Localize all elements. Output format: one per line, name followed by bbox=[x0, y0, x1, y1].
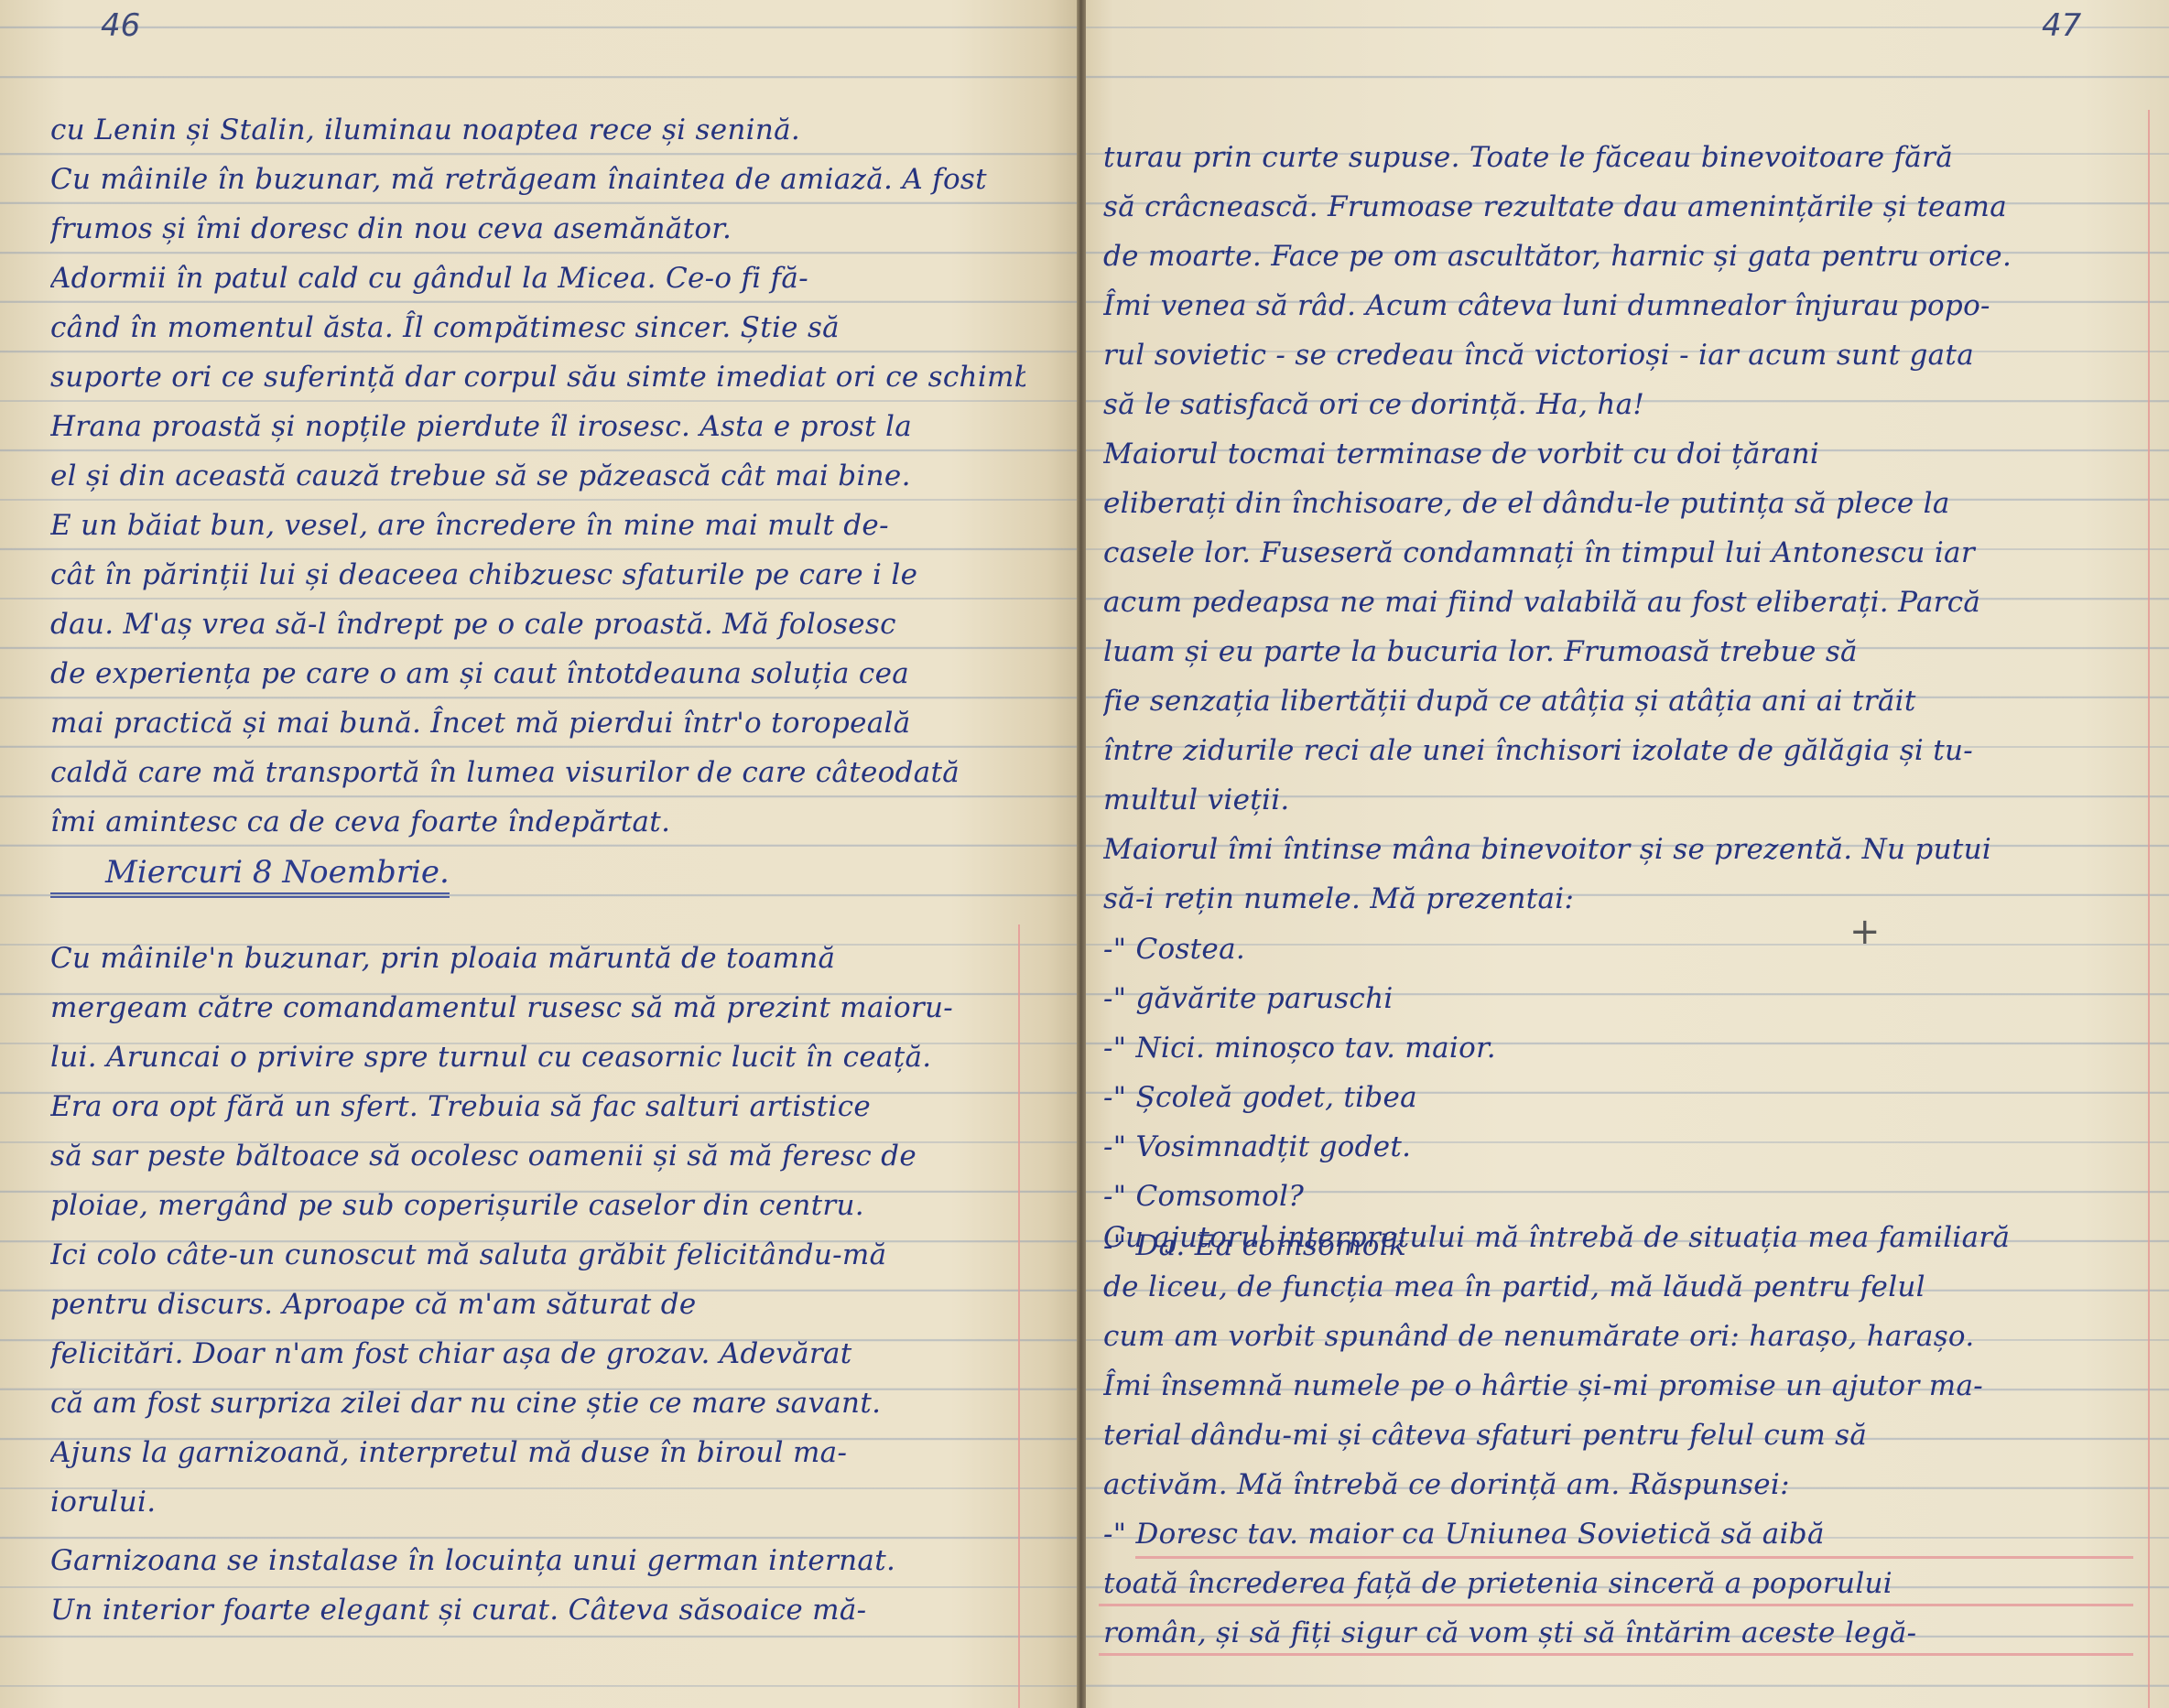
text-line: Maiorul tocmai terminase de vorbit cu do… bbox=[1103, 429, 2142, 479]
text-line: Garnizoana se instalase în locuința unui… bbox=[50, 1536, 1025, 1585]
binding-gutter bbox=[1077, 0, 1086, 1708]
dialogue-line: -" Școleă godet, tibea bbox=[1103, 1073, 2142, 1122]
text-line: frumos și îmi doresc din nou ceva asemăn… bbox=[50, 204, 1025, 254]
text-line: să-i rețin numele. Mă prezentai: bbox=[1103, 874, 2142, 924]
text-line: cât în părinții lui și deaceea chibzuesc… bbox=[50, 550, 1025, 600]
page-number: 47 bbox=[2042, 7, 2081, 44]
text-line: mergeam către comandamentul rusesc să mă… bbox=[50, 983, 1025, 1032]
right-paragraph-1: turau prin curte supuse. Toate le făceau… bbox=[1103, 133, 2142, 924]
text-line: Ici colo câte-un cunoscut mă saluta grăb… bbox=[50, 1230, 1025, 1280]
text-line: Adormii în patul cald cu gândul la Micea… bbox=[50, 254, 1025, 303]
text-line: toată încrederea față de prietenia since… bbox=[1103, 1559, 2142, 1608]
text-line: român, și să fiți sigur că vom ști să în… bbox=[1103, 1608, 2142, 1658]
text-line: Îmi venea să râd. Acum câteva luni dumne… bbox=[1103, 281, 2142, 330]
text-line: cu Lenin și Stalin, iluminau noaptea rec… bbox=[50, 105, 1025, 155]
text-line: -" Doresc tav. maior ca Uniunea Sovietic… bbox=[1103, 1509, 2142, 1559]
text-line: caldă care mă transportă în lumea visuri… bbox=[50, 748, 1025, 797]
text-line: să crâcnească. Frumoase rezultate dau am… bbox=[1103, 182, 2142, 232]
text-line: de moarte. Face pe om ascultător, harnic… bbox=[1103, 232, 2142, 281]
page-number: 46 bbox=[101, 7, 140, 44]
text-line: Hrana proastă și nopțile pierdute îl iro… bbox=[50, 402, 1025, 451]
right-paragraph-2: Cu ajutorul interpretului mă întrebă de … bbox=[1103, 1213, 2142, 1658]
text-line: iorului. bbox=[50, 1477, 1025, 1527]
text-line: Cu mâinile'n buzunar, prin ploaia mărunt… bbox=[50, 934, 1025, 983]
text-line: acum pedeapsa ne mai fiind valabilă au f… bbox=[1103, 578, 2142, 627]
text-line: Cu mâinile în buzunar, mă retrăgeam înai… bbox=[50, 155, 1025, 204]
text-line: felicitări. Doar n'am fost chiar așa de … bbox=[50, 1329, 1025, 1378]
text-line: turau prin curte supuse. Toate le făceau… bbox=[1103, 133, 2142, 182]
text-line: lui. Aruncai o privire spre turnul cu ce… bbox=[50, 1032, 1025, 1082]
text-line: activăm. Mă întrebă ce dorință am. Răspu… bbox=[1103, 1460, 2142, 1509]
left-page: 46 cu Lenin și Stalin, iluminau noaptea … bbox=[0, 0, 1080, 1708]
text-line: luam și eu parte la bucuria lor. Frumoas… bbox=[1103, 627, 2142, 676]
text-line: eliberați din închisoare, de el dându-le… bbox=[1103, 479, 2142, 528]
text-line: dau. M'aș vrea să-l îndrept pe o cale pr… bbox=[50, 600, 1025, 649]
pencil-mark: + bbox=[1849, 911, 1881, 953]
date-heading: Miercuri 8 Noembrie. bbox=[50, 852, 450, 898]
text-line: Îmi însemnă numele pe o hârtie și-mi pro… bbox=[1103, 1361, 2142, 1411]
text-line: când în momentul ăsta. Îl compătimesc si… bbox=[50, 303, 1025, 352]
text-line: casele lor. Fuseseră condamnați în timpu… bbox=[1103, 528, 2142, 578]
notebook-spread: 46 cu Lenin și Stalin, iluminau noaptea … bbox=[0, 0, 2169, 1708]
text-line: să le satisfacă ori ce dorință. Ha, ha! bbox=[1103, 380, 2142, 429]
text-line: cum am vorbit spunând de nenumărate ori:… bbox=[1103, 1312, 2142, 1361]
text-line: terial dându-mi și câteva sfaturi pentru… bbox=[1103, 1411, 2142, 1460]
date-heading-block: Miercuri 8 Noembrie. bbox=[50, 847, 1025, 898]
left-paragraph-1: cu Lenin și Stalin, iluminau noaptea rec… bbox=[50, 105, 1025, 847]
text-line: pentru discurs. Aproape că m'am săturat … bbox=[50, 1280, 1025, 1329]
text-line: Ajuns la garnizoană, interpretul mă duse… bbox=[50, 1428, 1025, 1477]
text-line: îmi amintesc ca de ceva foarte îndepărta… bbox=[50, 797, 1025, 847]
red-underline bbox=[1099, 1604, 2133, 1606]
right-page: 47 turau prin curte supuse. Toate le făc… bbox=[1080, 0, 2169, 1708]
dialogue-line: -" Vosimnadțit godet. bbox=[1103, 1122, 2142, 1172]
text-line: suporte ori ce suferință dar corpul său … bbox=[50, 352, 1025, 402]
text-line: fie senzația libertății după ce atâția ș… bbox=[1103, 676, 2142, 726]
text-line: multul vieții. bbox=[1103, 775, 2142, 825]
dialogue-line: -" Costea. bbox=[1103, 924, 2142, 974]
text-line: Maiorul îmi întinse mâna binevoitor și s… bbox=[1103, 825, 2142, 874]
red-underline bbox=[1099, 1653, 2133, 1656]
text-line: mai practică și mai bună. Încet mă pierd… bbox=[50, 698, 1025, 748]
text-line: să sar peste băltoace să ocolesc oamenii… bbox=[50, 1131, 1025, 1181]
margin-line bbox=[2148, 110, 2150, 1708]
text-line: de experiența pe care o am și caut întot… bbox=[50, 649, 1025, 698]
text-line: ploiae, mergând pe sub coperișurile case… bbox=[50, 1181, 1025, 1230]
text-line: Era ora opt fără un sfert. Trebuia să fa… bbox=[50, 1082, 1025, 1131]
text-line: de liceu, de funcția mea în partid, mă l… bbox=[1103, 1262, 2142, 1312]
left-paragraph-2: Cu mâinile'n buzunar, prin ploaia mărunt… bbox=[50, 934, 1025, 1635]
text-line: că am fost surpriza zilei dar nu cine șt… bbox=[50, 1378, 1025, 1428]
dialogue-line: -" Nici. minoșco tav. maior. bbox=[1103, 1023, 2142, 1073]
text-line: E un băiat bun, vesel, are încredere în … bbox=[50, 501, 1025, 550]
dialogue-line: -" găvărite paruschi bbox=[1103, 974, 2142, 1023]
text-line: Cu ajutorul interpretului mă întrebă de … bbox=[1103, 1213, 2142, 1262]
text-line: rul sovietic - se credeau încă victorioș… bbox=[1103, 330, 2142, 380]
text-line: el și din această cauză trebue să se păz… bbox=[50, 451, 1025, 501]
text-line: Un interior foarte elegant și curat. Cât… bbox=[50, 1585, 1025, 1635]
text-line: între zidurile reci ale unei închisori i… bbox=[1103, 726, 2142, 775]
red-underline bbox=[1135, 1556, 2133, 1559]
